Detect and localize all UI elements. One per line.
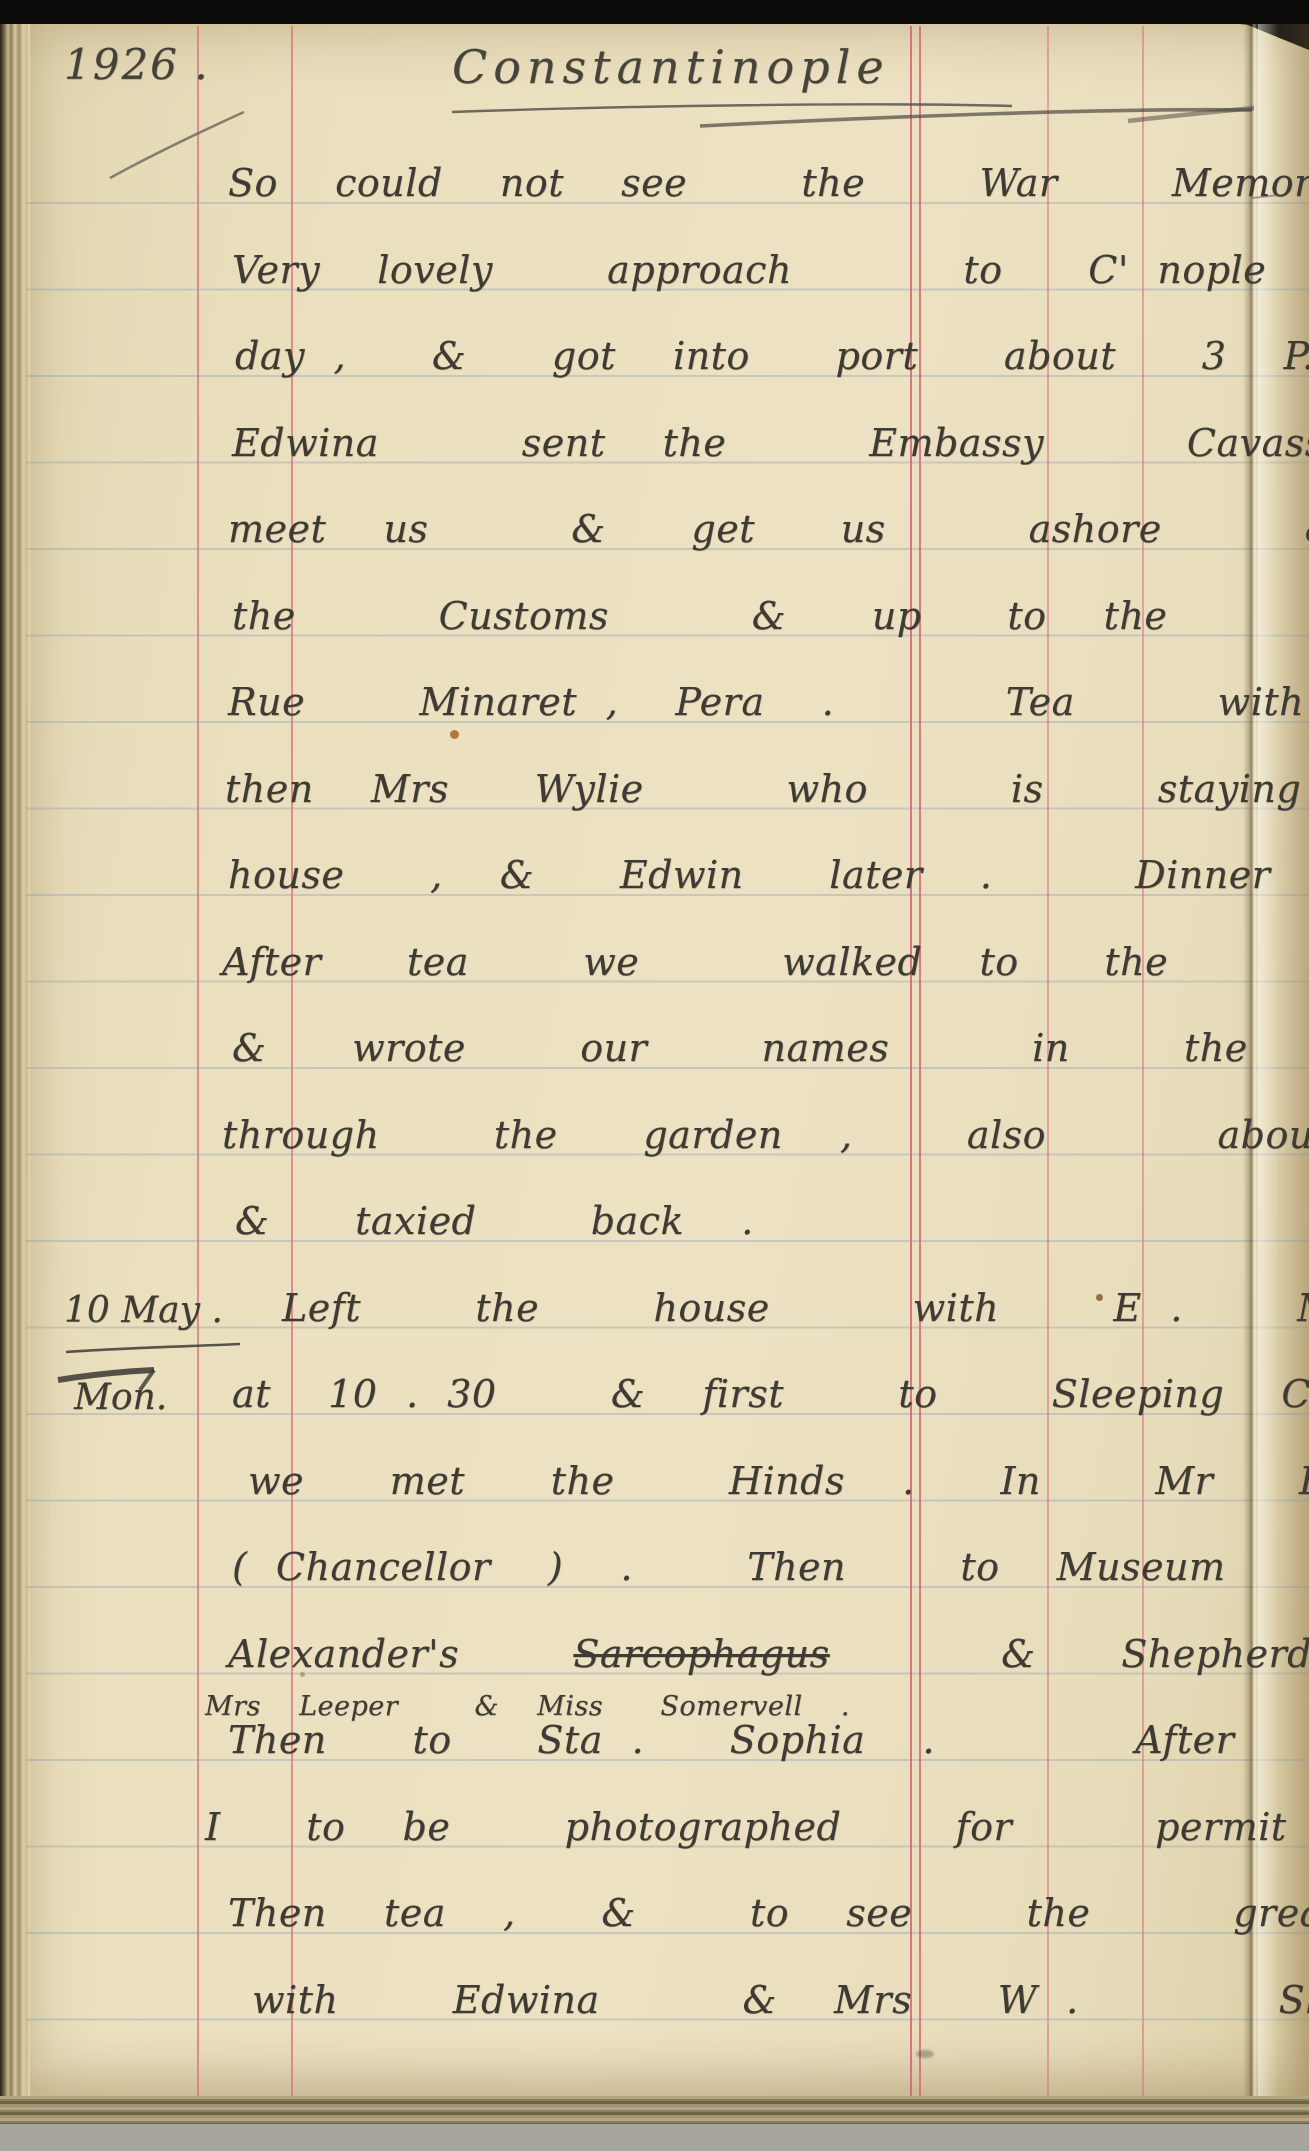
margin-date: 10 May . xyxy=(64,1290,223,1331)
handwritten-line: & taxied back . xyxy=(235,1202,754,1240)
margin-rule-left-1 xyxy=(197,26,199,2096)
rust-spot xyxy=(450,730,459,739)
handwritten-line: Left the house with E . Mrs W . & H . xyxy=(282,1289,1309,1327)
handwritten-line: through the garden , also about Pera xyxy=(222,1116,1309,1154)
handwritten-line: we met the Hinds . In Mr Hoare's car xyxy=(248,1462,1309,1500)
handwritten-line: Edwina sent the Embassy Cavass to xyxy=(232,424,1309,462)
handwritten-line: I to be photographed for permit de sejou… xyxy=(205,1808,1309,1846)
handwritten-line: So could not see the War Memorial . xyxy=(228,164,1309,202)
speck xyxy=(300,1672,305,1677)
handwritten-line: Mrs Leeper & Miss Somervell . xyxy=(205,1693,850,1720)
handwritten-line: Then tea , & to see the great Cistern xyxy=(228,1894,1309,1932)
handwritten-line: at 10 . 30 & first to Sleeping Car offic… xyxy=(232,1375,1309,1413)
handwritten-line: Very lovely approach to C' nople , beaut… xyxy=(232,251,1309,289)
year-label: 1926 . xyxy=(64,40,210,89)
handwritten-line: then Mrs Wylie who is staying in the xyxy=(225,770,1309,808)
handwritten-line: & wrote our names in the book & walked xyxy=(232,1029,1309,1067)
page-title: Constantinople xyxy=(452,40,890,94)
handwritten-line: meet us & get us ashore & through xyxy=(228,510,1309,548)
handwritten-line: day , & got into port about 3 P.M . xyxy=(235,337,1309,375)
handwritten-line: ( Chancellor ) . Then to Museum & saw xyxy=(232,1548,1309,1586)
handwritten-line: After tea we walked to the Embassy xyxy=(222,943,1309,981)
handwritten-line: house , & Edwin later . Dinner 8 . 30 . xyxy=(228,856,1309,894)
desk-surface xyxy=(0,2124,1309,2151)
handwritten-line: Alexander's Sarcophagus & Shepherd boy . xyxy=(228,1635,1309,1673)
margin-day: Mon. xyxy=(74,1377,167,1418)
handwritten-line: with Edwina & Mrs W . She left us , & xyxy=(252,1981,1309,2019)
handwritten-line: Then to Sta . Sophia . After lunch H & xyxy=(228,1721,1309,1759)
background-top xyxy=(0,0,1309,24)
handwritten-line: Rue Minaret , Pera . Tea with her alone xyxy=(228,683,1309,721)
smudge xyxy=(916,2050,934,2058)
diary-photo: 1926 . Constantinople So could not see t… xyxy=(0,0,1309,2151)
ink-spot xyxy=(1096,1294,1103,1301)
struck-word: Sarcophagus xyxy=(573,1632,829,1676)
handwritten-line: the Customs & up to the House at 8 xyxy=(232,597,1309,635)
